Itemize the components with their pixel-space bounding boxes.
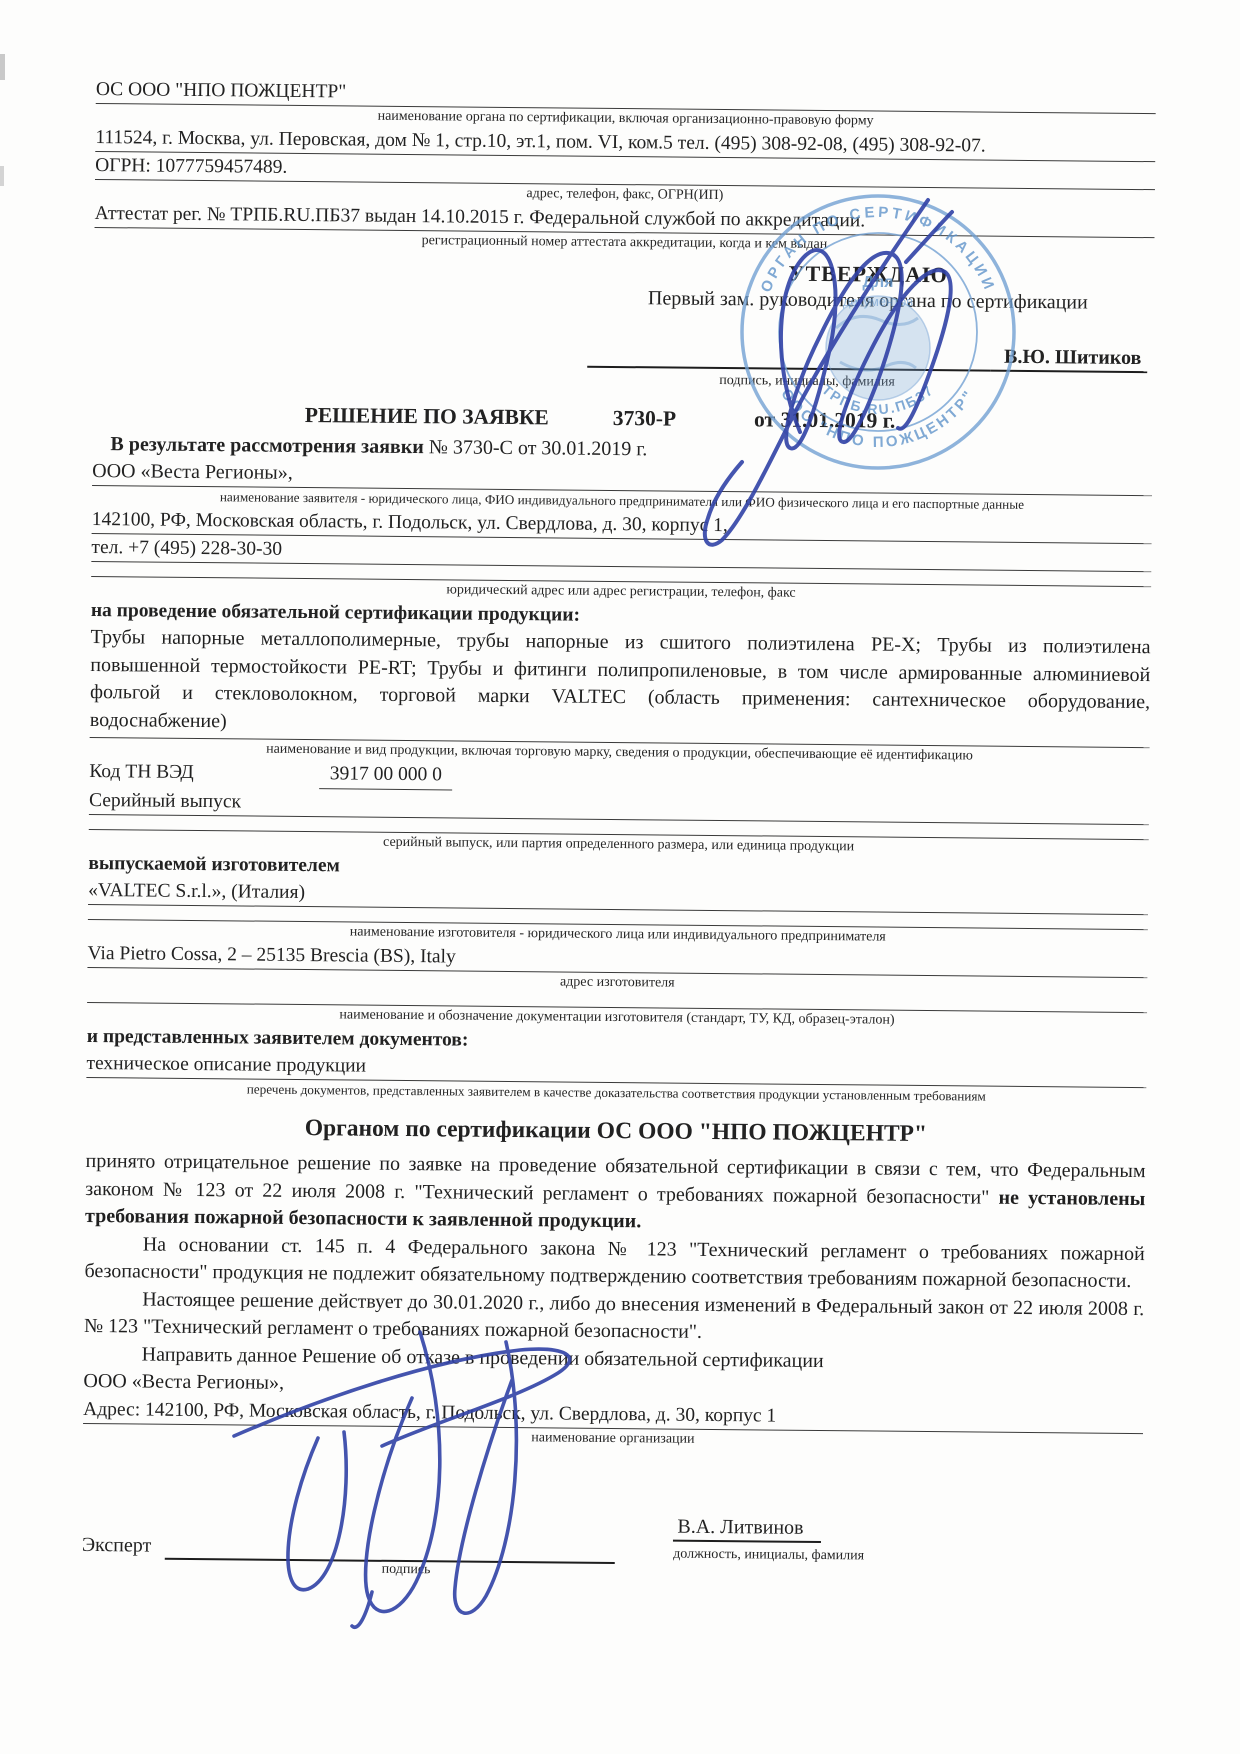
expert-name: В.А. Литвинов	[673, 1515, 821, 1542]
expert-caption: должность, инициалы, фамилия	[673, 1544, 864, 1566]
tnved-label: Код ТН ВЭД	[89, 758, 194, 787]
decision-date: от 31.01.2019 г.	[754, 407, 895, 433]
intro-bold: В результате рассмотрения заявки	[110, 433, 424, 458]
p1-normal: принято отрицательное решение по заявке …	[85, 1150, 1145, 1208]
approve-word: УТВЕРЖДАЮ	[588, 259, 1148, 290]
scanned-document: ОС ООО "НПО ПОЖЦЕНТР" наименование орган…	[0, 0, 1240, 1754]
tnved-code: 3917 00 000 0	[320, 760, 452, 790]
scan-artifact	[0, 166, 4, 186]
decision-paragraph-2: На основании ст. 145 п. 4 Федерального з…	[84, 1230, 1144, 1295]
product-description: Трубы напорные металлополимерные, трубы …	[90, 624, 1151, 748]
intro-rest: № 3730-С от 30.01.2019 г.	[424, 436, 648, 460]
decision-number: 3730-Р	[613, 406, 677, 432]
decision-paragraph-1: принято отрицательное решение по заявке …	[85, 1148, 1146, 1241]
approver-sign-line: В.Ю. Шитиков	[587, 340, 1147, 373]
expert-label: Эксперт	[82, 1533, 152, 1559]
document-title: РЕШЕНИЕ ПО ЗАЯВКЕ	[305, 403, 549, 430]
approver-title: Первый зам. руководителя органа по серти…	[588, 287, 1148, 315]
scan-artifact	[0, 54, 5, 80]
signature-space	[587, 340, 990, 372]
approver-sign-caption: подпись, инициалы, фамилия	[527, 369, 1087, 394]
decision-heading: Органом по сертификации ОС ООО "НПО ПОЖЦ…	[86, 1110, 1146, 1152]
approval-block: УТВЕРЖДАЮ Первый зам. руководителя орган…	[587, 259, 1148, 395]
approver-name: В.Ю. Шитиков	[990, 346, 1148, 374]
expert-name-block: В.А. Литвинов должность, инициалы, фамил…	[673, 1515, 864, 1566]
decision-paragraph-3: Настоящее решение действует до 30.01.202…	[84, 1285, 1144, 1350]
podpis-caption: подпись	[382, 1561, 431, 1577]
document-content: ОС ООО "НПО ПОЖЦЕНТР" наименование орган…	[82, 76, 1156, 1591]
